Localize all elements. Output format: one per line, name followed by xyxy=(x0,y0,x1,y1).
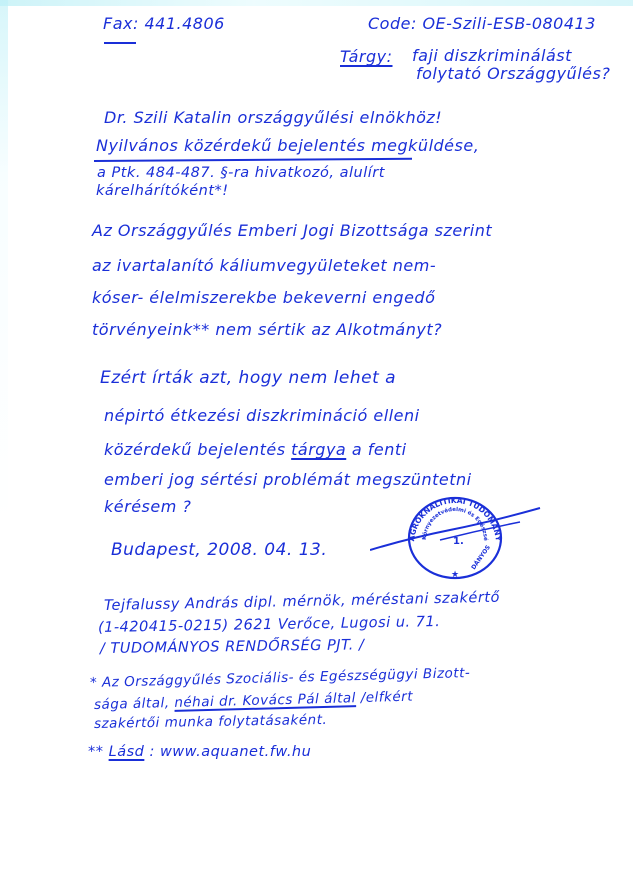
signature-organization: / TUDOMÁNYOS RENDŐRSÉG PJT. / xyxy=(100,637,365,657)
stamp-star-icon: ★ xyxy=(451,570,459,580)
footnote-1-post: /elfkért xyxy=(361,689,414,706)
footnote-2-marker: ** xyxy=(88,744,104,760)
footnote-1-line-2: sága által, néhai dr. Kovács Pál által /… xyxy=(94,689,413,713)
footnote-1-line-3: szakértői munka folytatásaként. xyxy=(94,712,328,732)
fax-number: Fax: 441.4806 xyxy=(103,14,225,33)
fax-underline xyxy=(104,42,136,44)
paragraph2-line3-after: a fenti xyxy=(352,440,407,459)
paragraph1-line: kóser- élelmiszerekbe bekeverni engedő xyxy=(92,288,435,307)
paragraph2-line: emberi jog sértési problémát megszüntetn… xyxy=(104,470,472,489)
paragraph2-line: Ezért írták azt, hogy nem lehet a xyxy=(100,368,396,388)
addressee: Dr. Szili Katalin országgyűlési elnökhöz… xyxy=(104,108,442,127)
stamp-number: 1. xyxy=(453,536,464,547)
intro-line-3: a Ptk. 484-487. §-ra hivatkozó, alulírt xyxy=(97,165,385,181)
paragraph2-line: kérésem ? xyxy=(104,497,191,516)
stamp-bottom-text: DÁNYOS xyxy=(470,544,492,571)
subject-label: Tárgy: xyxy=(340,47,393,66)
footnote-2: ** Lásd : www.aquanet.fw.hu xyxy=(88,744,311,760)
footnote-1-pre: sága által, xyxy=(94,695,170,713)
footnote-1-line-1: * Az Országgyűlés Szociális- és Egészség… xyxy=(90,665,471,691)
letter-title: Nyilvános közérdekű bejelentés megküldés… xyxy=(96,136,479,155)
subject-line-2: folytató Országgyűlés? xyxy=(416,64,610,83)
footnote-1-underlined: néhai dr. Kovács Pál által xyxy=(174,690,356,711)
footnote-2-label: Lásd xyxy=(109,744,145,760)
document-code: Code: OE-Szili-ESB-080413 xyxy=(368,14,596,33)
footnote-2-url[interactable]: : www.aquanet.fw.hu xyxy=(149,744,311,760)
scan-edge-top xyxy=(0,0,633,6)
signature-address: (1-420415-0215) 2621 Verőce, Lugosi u. 7… xyxy=(98,614,441,636)
paragraph1-line: az ivartalanító káliumvegyületeket nem- xyxy=(92,256,436,275)
intro-line-4: kárelhárítóként*! xyxy=(96,183,229,199)
paragraph2-line: népirtó étkezési diszkrimináció elleni xyxy=(104,406,420,425)
scan-edge-left xyxy=(0,0,8,877)
paragraph1-line: törvényeink** nem sértik az Alkotmányt? xyxy=(92,320,442,339)
paragraph2-line3-text: közérdekű bejelentés xyxy=(104,440,286,459)
paragraph2-line: közérdekű bejelentés tárgya a fenti xyxy=(104,440,407,459)
signature-name: Tejfalussy András dipl. mérnök, méréstan… xyxy=(104,590,500,614)
title-underline xyxy=(94,158,412,162)
date-line: Budapest, 2008. 04. 13. xyxy=(111,540,327,560)
paragraph1-line: Az Országgyűlés Emberi Jogi Bizottsága s… xyxy=(92,221,492,240)
official-stamp: AGROKNALITIKAI TUDOMÁNYOS TÁRSASÁG Körny… xyxy=(400,494,510,578)
subject-line-1: faji diszkriminálást xyxy=(412,46,572,65)
underlined-targya: tárgya xyxy=(291,440,346,459)
